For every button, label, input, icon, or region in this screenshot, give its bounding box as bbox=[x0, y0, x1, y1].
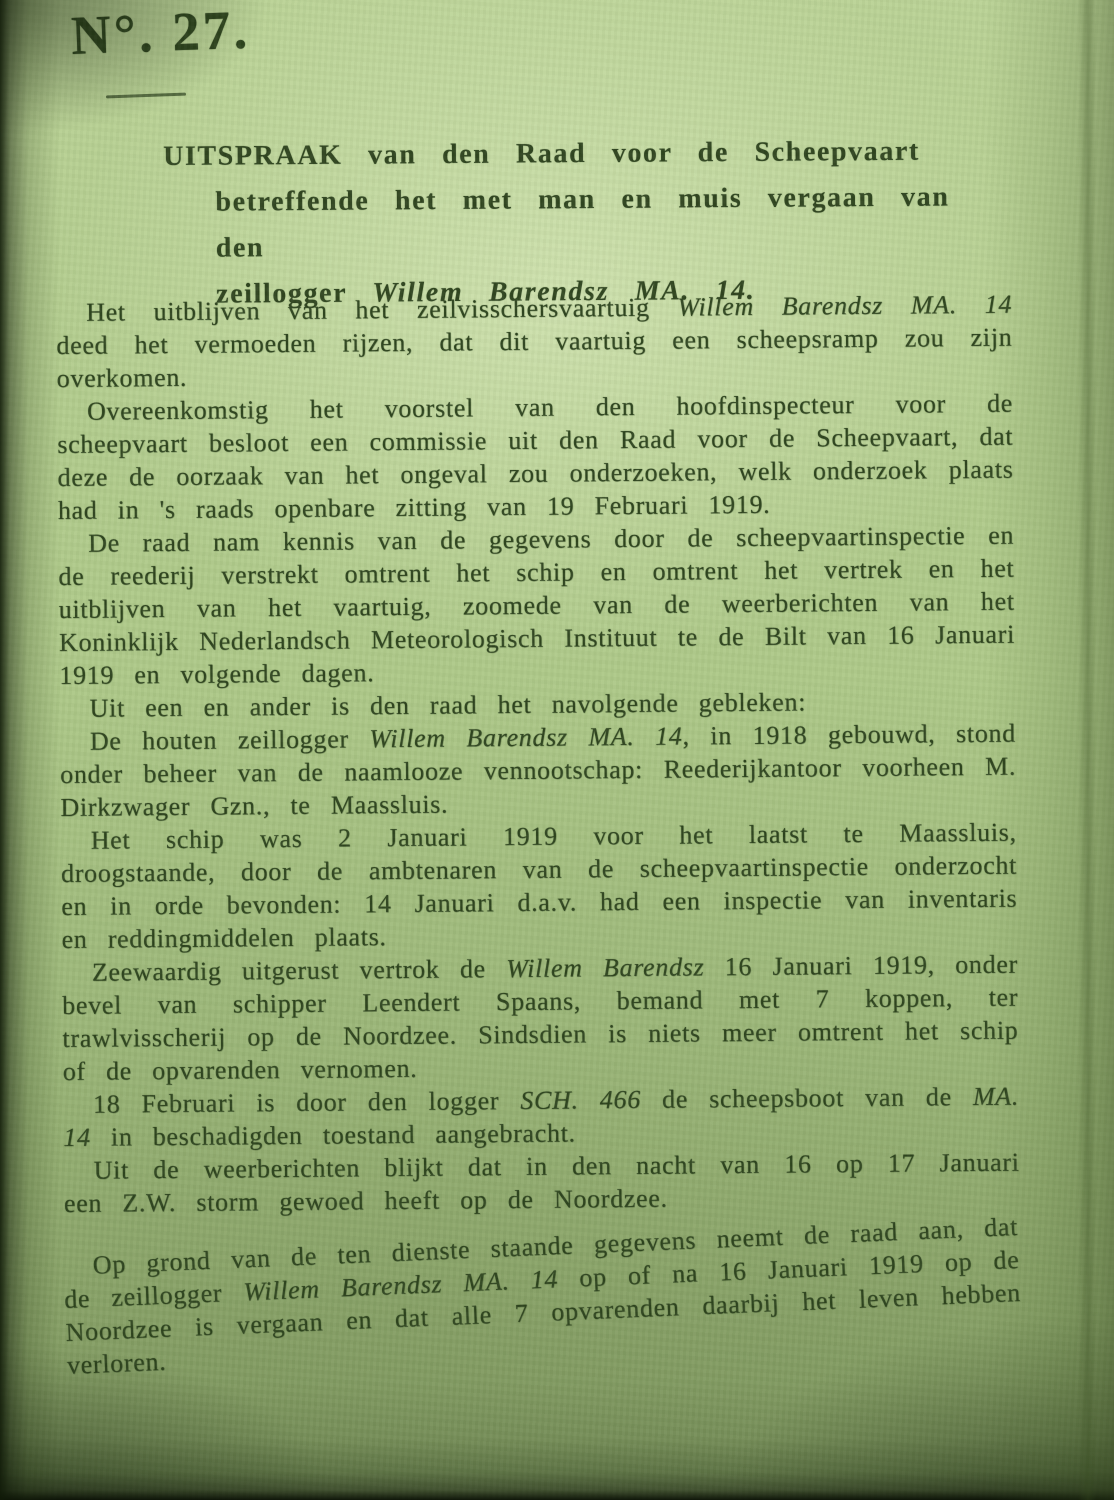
title-line: betreffende het met man en muis vergaan … bbox=[163, 174, 1004, 272]
text-run: De houten zeillogger bbox=[90, 724, 370, 755]
page: N°. 27. UITSPRAAK van den Raad voor de S… bbox=[0, 0, 1114, 1500]
ship-name-italic: Willem Barendsz MA. 14 bbox=[677, 290, 1012, 322]
ship-name-italic: Willem Barendsz bbox=[506, 952, 704, 983]
text-run: betreffende het met man en muis vergaan … bbox=[215, 182, 949, 264]
text-run: de scheepsboot van de bbox=[641, 1082, 973, 1114]
text-run: deed het vermoeden rijzen, dat dit vaart… bbox=[56, 323, 1012, 393]
paragraph: 18 Februari is door den logger SCH. 466 … bbox=[63, 1080, 1020, 1154]
text-run: Zeewaardig uitgerust vertrok de bbox=[92, 954, 507, 987]
paragraph: Zeewaardig uitgerust vertrok de Willem B… bbox=[62, 948, 1019, 1088]
ship-name-italic: Willem Barendsz MA. 14 bbox=[369, 722, 682, 754]
paragraph: Het schip was 2 Januari 1919 voor het la… bbox=[61, 816, 1018, 956]
title-line: UITSPRAAK van den Raad voor de Scheepvaa… bbox=[163, 128, 1003, 180]
document-body: Het uitblijven van het zeilvisschersvaar… bbox=[56, 288, 1021, 1382]
paragraph: De raad nam kennis van de gegevens door … bbox=[58, 519, 1015, 692]
text-run: De raad nam kennis van de gegevens door … bbox=[58, 521, 1015, 690]
page-number: N°. 27. bbox=[70, 0, 251, 67]
text-run: 18 Februari is door den logger bbox=[93, 1086, 521, 1119]
paragraph: Op grond van de ten dienste staande gege… bbox=[62, 1210, 1023, 1382]
ship-name-italic: SCH. 466 bbox=[520, 1085, 641, 1115]
text-run: Het uitblijven van het zeilvisschersvaar… bbox=[86, 293, 678, 327]
document-photo: N°. 27. UITSPRAAK van den Raad voor de S… bbox=[0, 0, 1114, 1500]
paragraph: De houten zeillogger Willem Barendsz MA.… bbox=[60, 717, 1017, 824]
paragraph: Uit de weerberichten blijkt dat in den n… bbox=[63, 1146, 1020, 1220]
text-run: Overeenkomstig het voorstel van den hoof… bbox=[57, 389, 1014, 525]
text-run: in beschadigden toestand aangebracht. bbox=[91, 1118, 576, 1151]
text-run: UITSPRAAK van den Raad voor de Scheepvaa… bbox=[163, 136, 920, 172]
paragraph: Overeenkomstig het voorstel van den hoof… bbox=[57, 387, 1014, 527]
page-number-underline bbox=[106, 93, 186, 99]
text-run: Uit een en ander is den raad het navolge… bbox=[89, 687, 806, 722]
text-run: Uit de weerberichten blijkt dat in den n… bbox=[64, 1148, 1020, 1218]
paragraph: Het uitblijven van het zeilvisschersvaar… bbox=[56, 288, 1013, 395]
text-run: Het schip was 2 Januari 1919 voor het la… bbox=[61, 818, 1018, 954]
